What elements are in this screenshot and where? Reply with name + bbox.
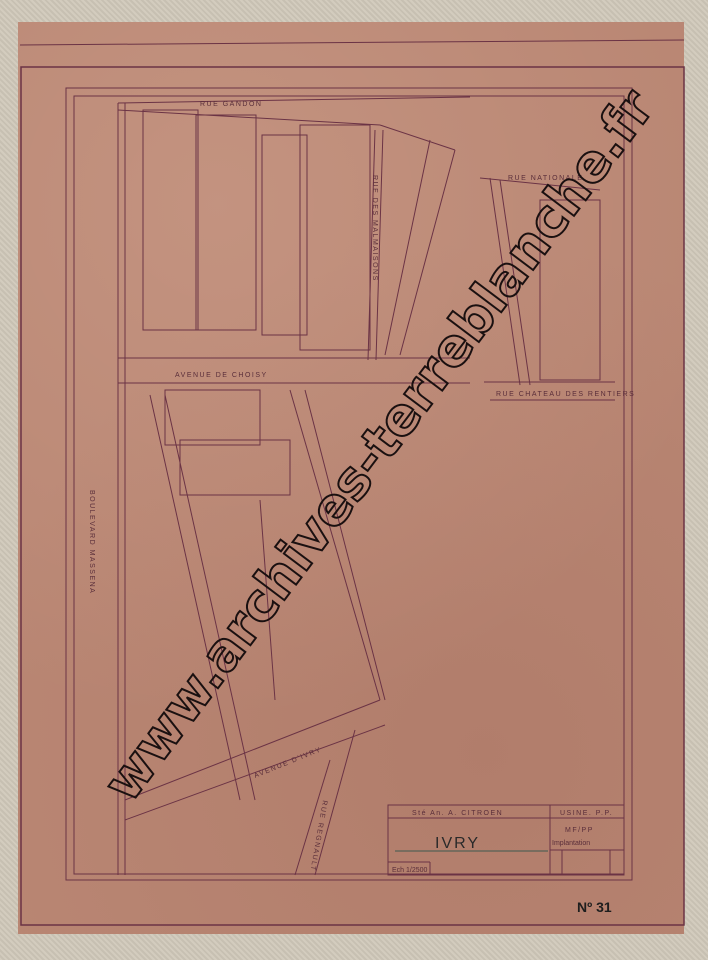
title-scale: Ech 1/2500 [392,867,428,874]
label-avenue-choisy: AVENUE DE CHOISY [175,372,268,379]
map-drawing: RUE GANDON RUE DES MALMAISONS RUE NATION… [0,0,708,960]
title-subject: Implantation [552,840,590,847]
label-rue-malmaisons: RUE DES MALMAISONS [371,175,378,282]
label-rue-chateau: RUE CHATEAU DES RENTIERS [496,391,635,398]
label-boulevard-massena: BOULEVARD MASSENA [88,490,95,594]
label-rue-gandon: RUE GANDON [200,101,262,108]
title-location: IVRY [435,835,480,852]
title-ref: MF/PP [565,827,594,834]
title-site: USINE. P.P. [560,810,613,817]
title-company: Sté An. A. CITROEN [412,810,503,817]
label-rue-regnault: RUE REGNAULT [308,800,327,872]
watermark: www.archives-terreblanche.fr [92,79,666,813]
sheet-number: Nº 31 [577,899,612,915]
label-avenue-ivry: AVENUE D'IVRY [253,746,323,780]
